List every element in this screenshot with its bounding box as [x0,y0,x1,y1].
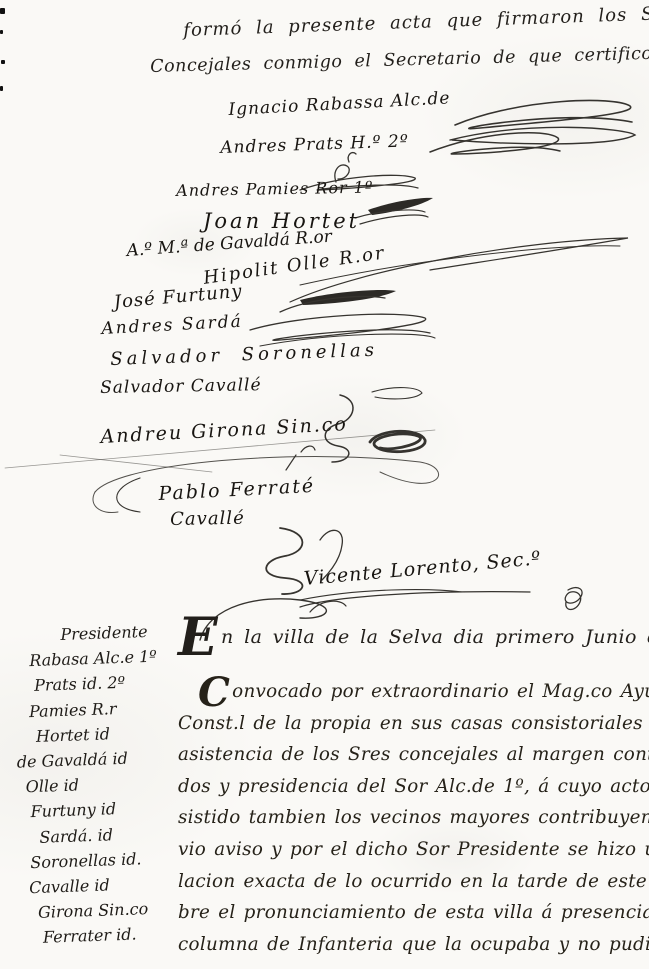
body-line: lacion exacta de lo ocurrido en la tarde… [178,866,649,898]
body-line: Convocado por extraordinario el Mag.co A… [178,676,649,708]
body-line: asistencia de los Sres concejales al mar… [178,739,649,771]
dateline: En la villa de la Selva dia primero Juni… [178,626,649,676]
scan-artifact [0,8,5,14]
body-line: vio aviso y por el dicho Sor Presidente … [178,834,649,866]
signature-rabassa: Ignacio Rabassa Alc.de [228,88,451,120]
dateline-initial: E [178,607,218,668]
body-line: columna de Infanteria que la ocupaba y n… [178,929,649,961]
signature-soronellas: Salvador Soronellas [110,340,378,370]
margin-attendee-list: Presidente Rabasa Alc.e 1º Prats id. 2º … [2,618,185,951]
closing-line: Concejales conmigo el Secretario de que … [150,44,649,77]
closing-line: formó la presente acta que firmaron los … [183,2,649,41]
manuscript-page: formó la presente acta que firmaron los … [0,0,649,969]
body-line: Const.l de la propia en sus casas consis… [178,708,649,740]
scan-artifact [0,30,3,34]
signature-sarda: Andres Sardá [101,312,243,339]
signature-cavalle-2: Cavallé [170,508,245,530]
signature-girona: Andreu Girona Sin.co [100,413,348,448]
act-body: En la villa de la Selva dia primero Juni… [178,626,649,960]
margin-note: Ferrater id. [43,920,186,950]
body-line: sistido tambien los vecinos mayores cont… [178,802,649,834]
signature-pamies: Andres Pamies Ror 1º [176,178,374,200]
body-line: dos y presidencia del Sor Alc.de 1º, á c… [178,771,649,803]
scan-artifact [0,86,3,91]
signature-cavalle: Salvador Cavallé [100,375,262,398]
dateline-text: n la villa de la Selva dia primero Junio… [221,626,649,648]
signature-furtuny: José Furtuny [113,281,243,313]
signature-secretary: Vicente Lorento, Sec.º [303,547,542,590]
signature-prats: Andres Prats H.º 2º [220,131,409,158]
body-line-text: onvocado por extraordinario el Mag.co Ay… [232,681,649,702]
body-line: bre el pronunciamiento de esta villa á p… [178,897,649,929]
signature-ferrate: Pablo Ferraté [158,475,316,505]
scan-artifact [1,60,5,64]
